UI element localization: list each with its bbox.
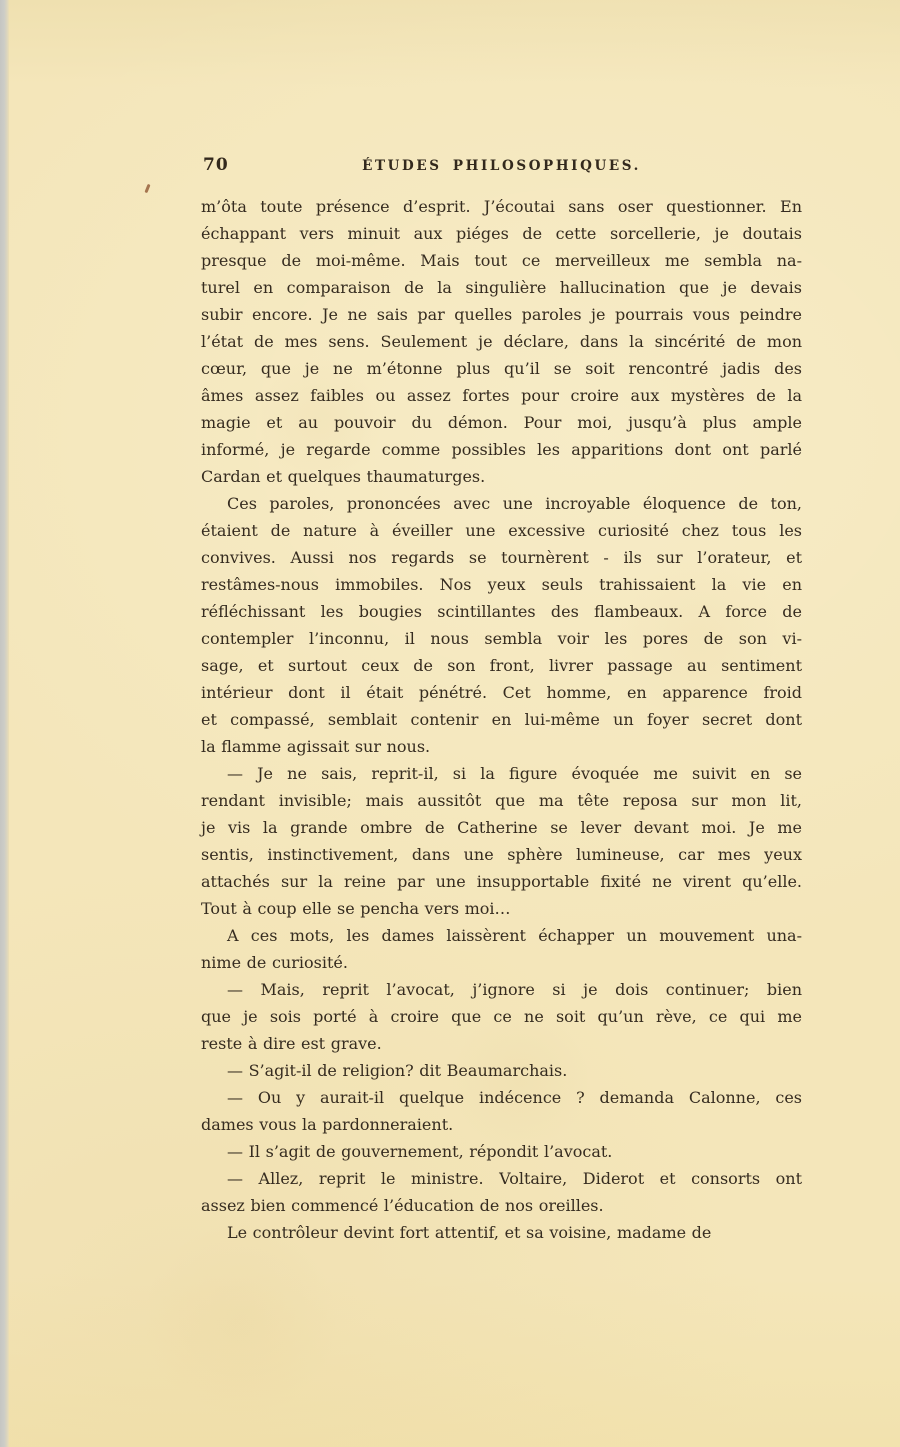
- text-line: réfléchissant les bougies scintillantes …: [201, 598, 802, 625]
- text-line: Tout à coup elle se pencha vers moi…: [201, 895, 802, 922]
- text-line: — S’agit-il de religion? dit Beaumarchai…: [201, 1057, 802, 1084]
- page-number: 70: [203, 155, 229, 175]
- text-line: turel en comparaison de la singulière ha…: [201, 274, 802, 301]
- text-line: convives. Aussi nos regards se tournèren…: [201, 544, 802, 571]
- text-line: cœur, que je ne m’étonne plus qu’il se s…: [201, 355, 802, 382]
- text-line: intérieur dont il était pénétré. Cet hom…: [201, 679, 802, 706]
- text-line: restâmes-nous immobiles. Nos yeux seuls …: [201, 571, 802, 598]
- page-text: m’ôta toute présence d’esprit. J’écoutai…: [201, 193, 802, 1246]
- text-line: — Il s’agit de gouvernement, répondit l’…: [201, 1138, 802, 1165]
- text-line: Ces paroles, prononcées avec une incroya…: [201, 490, 802, 517]
- text-line: magie et au pouvoir du démon. Pour moi, …: [201, 409, 802, 436]
- text-line: subir encore. Je ne sais par quelles par…: [201, 301, 802, 328]
- scanned-book-page: 70 ÉTUDES PHILOSOPHIQUES. m’ôta toute pr…: [0, 0, 900, 1447]
- text-line: l’état de mes sens. Seulement je déclare…: [201, 328, 802, 355]
- text-line: âmes assez faibles ou assez fortes pour …: [201, 382, 802, 409]
- text-line: échappant vers minuit aux piéges de cett…: [201, 220, 802, 247]
- page-header: 70 ÉTUDES PHILOSOPHIQUES.: [201, 155, 802, 179]
- text-line: je vis la grande ombre de Catherine se l…: [201, 814, 802, 841]
- text-line: sage, et surtout ceux de son front, livr…: [201, 652, 802, 679]
- text-line: assez bien commencé l’éducation de nos o…: [201, 1192, 802, 1219]
- text-line: — Allez, reprit le ministre. Voltaire, D…: [201, 1165, 802, 1192]
- text-line: sentis, instinctivement, dans une sphère…: [201, 841, 802, 868]
- running-title: ÉTUDES PHILOSOPHIQUES.: [201, 155, 802, 174]
- scan-artifact: [144, 184, 150, 193]
- text-line: la flamme agissait sur nous.: [201, 733, 802, 760]
- text-line: étaient de nature à éveiller une excessi…: [201, 517, 802, 544]
- text-line: informé, je regarde comme possibles les …: [201, 436, 802, 463]
- text-line: attachés sur la reine par une insupporta…: [201, 868, 802, 895]
- text-line: dames vous la pardonneraient.: [201, 1111, 802, 1138]
- text-line: — Mais, reprit l’avocat, j’ignore si je …: [201, 976, 802, 1003]
- text-line: reste à dire est grave.: [201, 1030, 802, 1057]
- scanner-edge-strip: [0, 0, 9, 1447]
- text-line: m’ôta toute présence d’esprit. J’écoutai…: [201, 193, 802, 220]
- text-line: presque de moi-même. Mais tout ce mervei…: [201, 247, 802, 274]
- text-line: rendant invisible; mais aussitôt que ma …: [201, 787, 802, 814]
- text-line: Le contrôleur devint fort attentif, et s…: [201, 1219, 802, 1246]
- text-line: A ces mots, les dames laissèrent échappe…: [201, 922, 802, 949]
- text-line: contempler l’inconnu, il nous sembla voi…: [201, 625, 802, 652]
- text-line: que je sois porté à croire que ce ne soi…: [201, 1003, 802, 1030]
- text-line: nime de curiosité.: [201, 949, 802, 976]
- text-line: — Je ne sais, reprit-il, si la figure év…: [201, 760, 802, 787]
- text-line: — Ou y aurait-il quelque indécence ? dem…: [201, 1084, 802, 1111]
- text-line: Cardan et quelques thaumaturges.: [201, 463, 802, 490]
- text-line: et compassé, semblait contenir en lui-mê…: [201, 706, 802, 733]
